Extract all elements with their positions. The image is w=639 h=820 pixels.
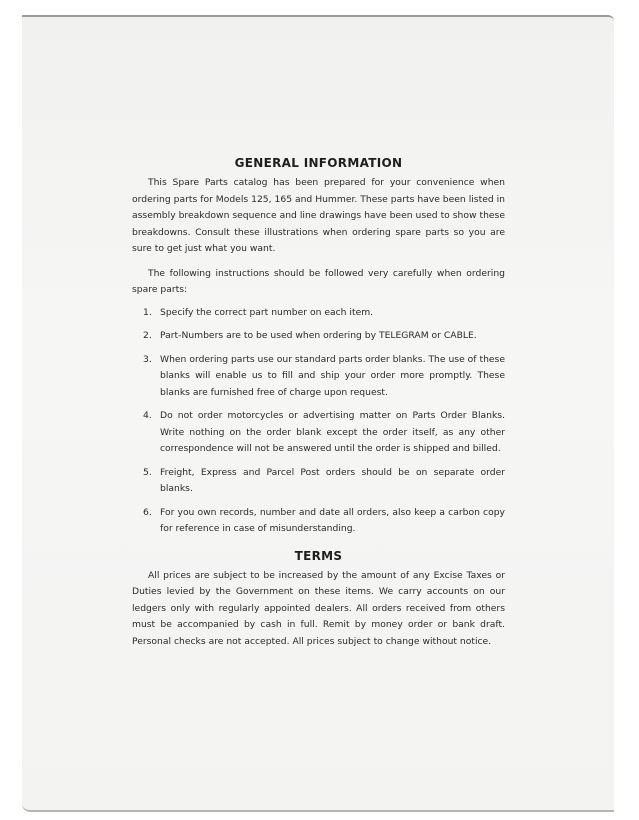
- instruction-item: 6.For you own records, number and date a…: [132, 505, 505, 538]
- document-content: GENERAL INFORMATION This Spare Parts cat…: [132, 155, 505, 650]
- terms-heading: TERMS: [132, 548, 505, 564]
- instructions-list: 1.Specify the correct part number on eac…: [132, 305, 505, 538]
- instruction-item: 4.Do not order motorcycles or advertisin…: [132, 408, 505, 458]
- intro-paragraph: This Spare Parts catalog has been prepar…: [132, 175, 505, 258]
- instruction-item: 2.Part-Numbers are to be used when order…: [132, 328, 505, 345]
- instructions-lead: The following instructions should be fol…: [132, 266, 505, 299]
- terms-paragraph: All prices are subject to be increased b…: [132, 568, 505, 651]
- instruction-item: 1.Specify the correct part number on eac…: [132, 305, 505, 322]
- instruction-item: 3.When ordering parts use our standard p…: [132, 352, 505, 402]
- instruction-item: 5.Freight, Express and Parcel Post order…: [132, 465, 505, 498]
- general-information-heading: GENERAL INFORMATION: [132, 155, 505, 171]
